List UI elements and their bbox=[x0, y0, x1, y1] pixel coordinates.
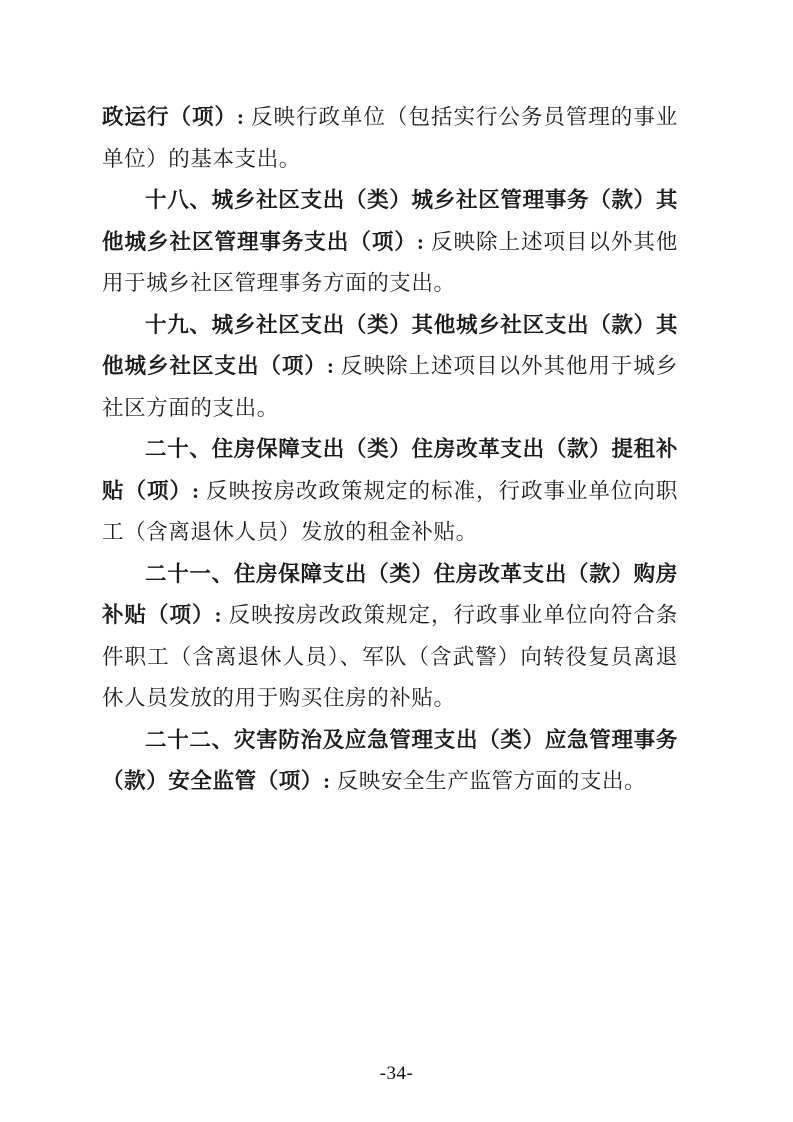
paragraph-heading: 政运行（项）: bbox=[102, 105, 245, 129]
paragraph-22-safety-supervision: 二十二、灾害防治及应急管理支出（类）应急管理事务（款）安全监管（项）: 反映安全… bbox=[102, 720, 678, 803]
text-block: 政运行（项）: 反映行政单位（包括实行公务员管理的事业单位）的基本支出。 十八、… bbox=[102, 97, 678, 803]
page-number: -34- bbox=[0, 1063, 793, 1085]
document-page: 政运行（项）: 反映行政单位（包括实行公务员管理的事业单位）的基本支出。 十八、… bbox=[0, 0, 793, 1122]
paragraph-20-rent-subsidy: 二十、住房保障支出（类）住房改革支出（款）提租补贴（项）: 反映按房改政策规定的… bbox=[102, 429, 678, 554]
paragraph-18-community-mgmt: 十八、城乡社区支出（类）城乡社区管理事务（款）其他城乡社区管理事务支出（项）: … bbox=[102, 180, 678, 305]
paragraph-21-purchase-subsidy: 二十一、住房保障支出（类）住房改革支出（款）购房补贴（项）: 反映按房改政策规定… bbox=[102, 554, 678, 720]
paragraph-body: 反映安全生产监管方面的支出。 bbox=[331, 769, 646, 793]
paragraph-19-other-community: 十九、城乡社区支出（类）其他城乡社区支出（款）其他城乡社区支出（项）: 反映除上… bbox=[102, 305, 678, 430]
paragraph-admin-operation: 政运行（项）: 反映行政单位（包括实行公务员管理的事业单位）的基本支出。 bbox=[102, 97, 678, 180]
